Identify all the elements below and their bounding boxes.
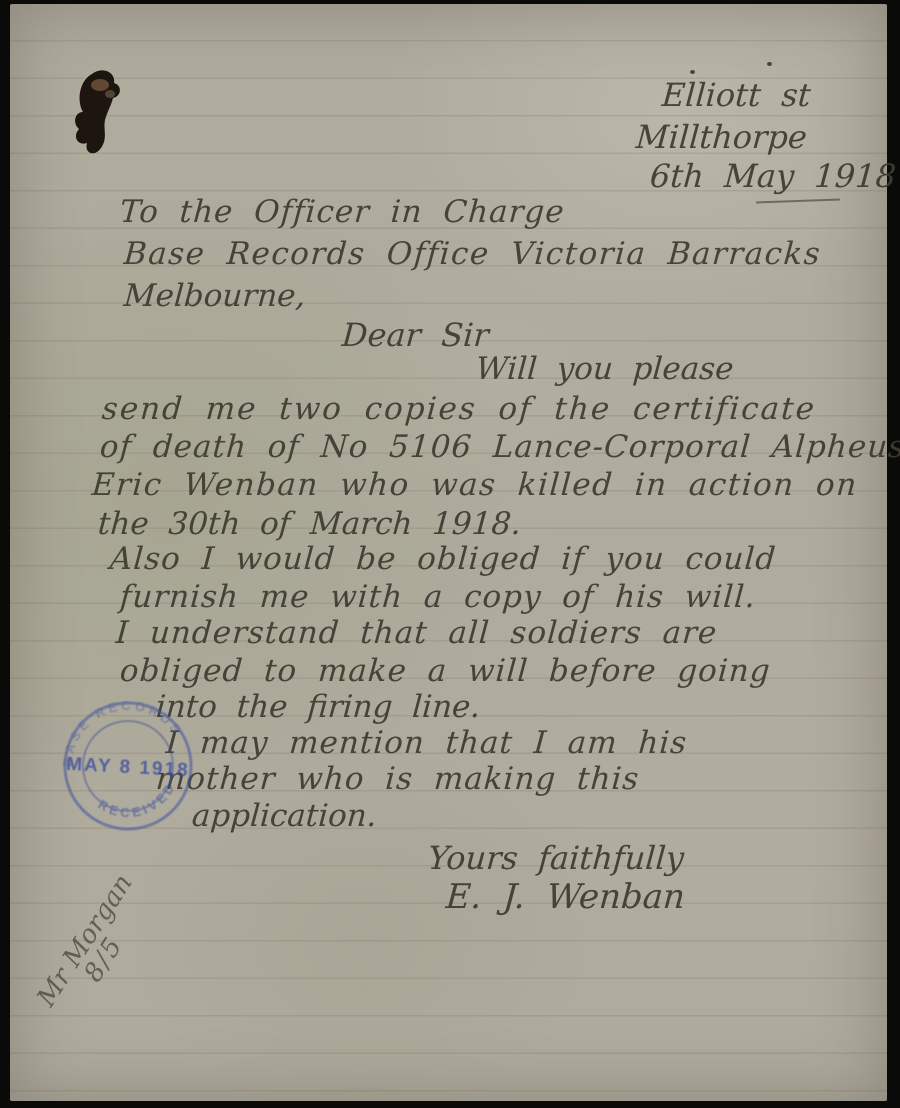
body-line: obliged to make a will before going — [119, 653, 772, 689]
address-line: 6th May 1918 — [649, 157, 898, 195]
recipient-line: To the Officer in Charge — [119, 194, 566, 230]
body-line: furnish me with a copy of his will. — [119, 579, 757, 615]
recipient-line: Melbourne, — [123, 278, 307, 314]
body-line: into the firing line. — [155, 689, 482, 725]
body-line: send me two copies of the certificate — [101, 391, 818, 427]
paper-hole — [70, 68, 132, 160]
signature: E. J. Wenban — [445, 877, 687, 917]
ink-speck — [690, 70, 695, 74]
received-stamp: BASE RECORDS RECEIVED MAY 8 1918 — [58, 696, 198, 836]
body-line: Eric Wenban who was killed in action on — [91, 467, 859, 503]
pencil-annotation: Mr Morgan 8/5 — [31, 869, 160, 1026]
recipient-line: Base Records Office Victoria Barracks — [123, 236, 823, 272]
body-line: of death of No 5106 Lance-Corporal Alphe… — [99, 429, 900, 465]
body-line: mother who is making this — [155, 761, 641, 797]
letter-scan-sheet: Elliott st Millthorpe 6th May 1918 To th… — [10, 4, 887, 1101]
body-line: Also I would be obliged if you could — [109, 541, 778, 577]
body-line: I may mention that I am his — [165, 725, 689, 761]
body-line: application. — [191, 798, 378, 834]
stamp-arc-bottom-text: RECEIVED — [93, 776, 185, 830]
salutation: Dear Sir — [341, 316, 491, 354]
body-line: I understand that all soldiers are — [115, 615, 719, 651]
body-line: Will you please — [475, 351, 735, 387]
closing-line: Yours faithfully — [427, 839, 686, 877]
date-underline — [756, 199, 840, 204]
ink-speck — [767, 62, 772, 66]
address-line: Elliott st — [661, 76, 812, 114]
address-line: Millthorpe — [635, 118, 809, 156]
body-line: the 30th of March 1918. — [97, 506, 523, 542]
